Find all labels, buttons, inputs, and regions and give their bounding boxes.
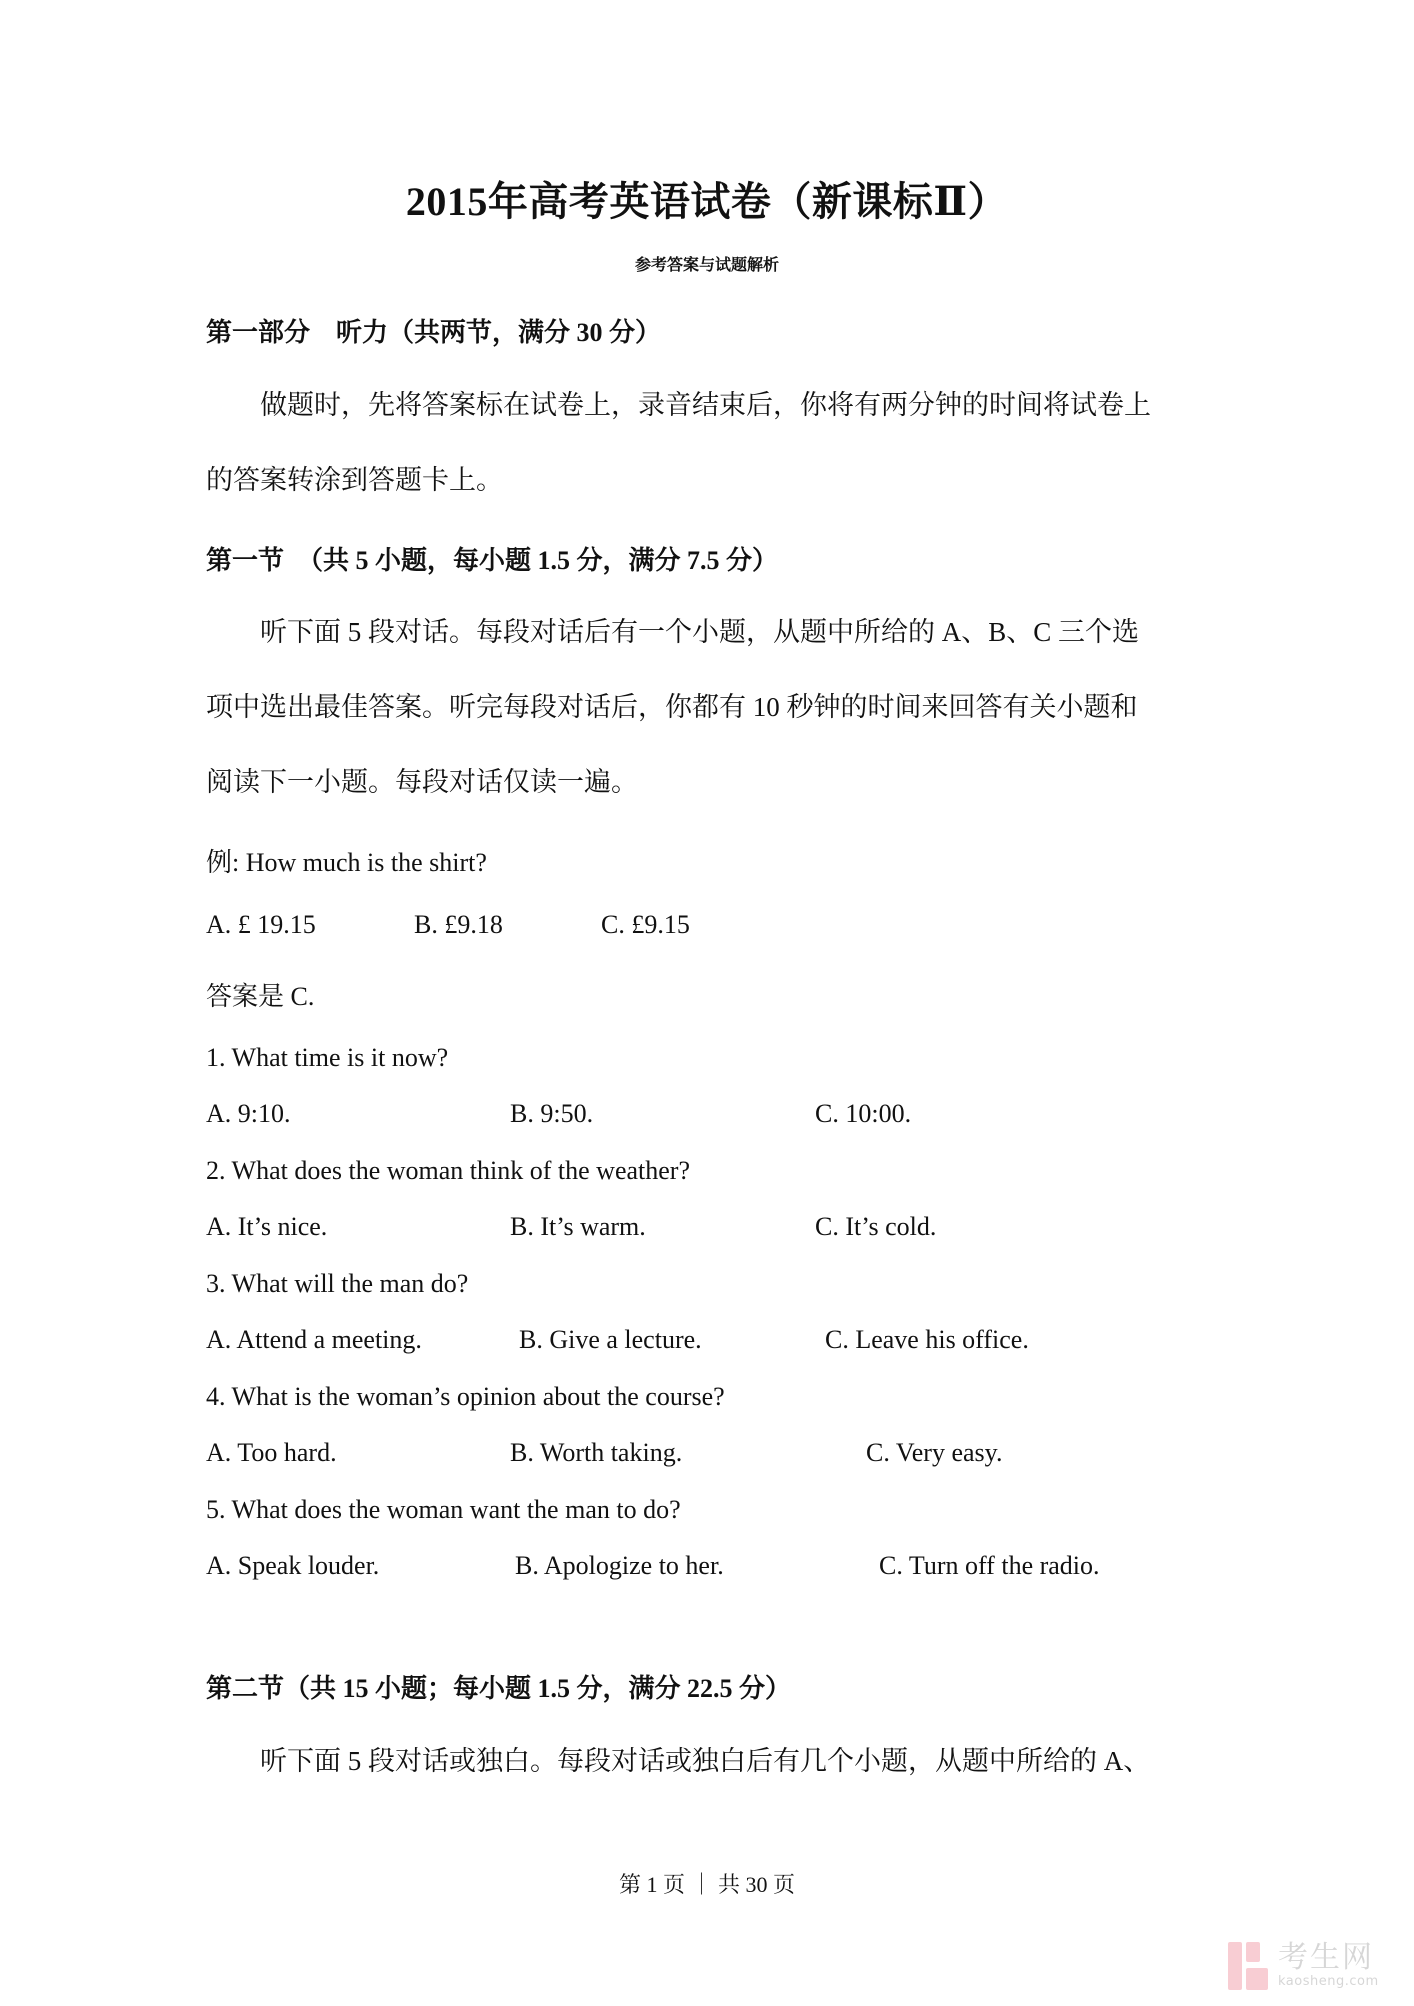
option-b: B. 9:50. xyxy=(510,1099,593,1129)
option-b: B. Give a lecture. xyxy=(519,1325,702,1355)
option-a: A. Speak louder. xyxy=(206,1551,379,1581)
part1-instructions-line1: 做题时，先将答案标在试卷上，录音结束后，你将有两分钟的时间将试卷上 xyxy=(206,368,1151,443)
option-a: A. Too hard. xyxy=(206,1438,337,1468)
example-option-c: C. £9.15 xyxy=(601,910,690,940)
page-number: 第 1 页 ｜ 共 30 页 xyxy=(0,1868,1414,1899)
option-a: A. Attend a meeting. xyxy=(206,1325,422,1355)
section2-instructions-line1: 听下面 5 段对话或独白。每段对话或独白后有几个小题，从题中所给的 A、 xyxy=(206,1724,1150,1799)
example-question: 例: How much is the shirt? xyxy=(206,842,487,879)
document-subtitle: 参考答案与试题解析 xyxy=(0,252,1414,275)
question-text: 5. What does the woman want the man to d… xyxy=(206,1495,681,1525)
kaosheng-logo-icon xyxy=(1228,1942,1268,1990)
part1-heading: 第一部分 听力（共两节，满分 30 分） xyxy=(206,312,661,349)
question-text: 1. What time is it now? xyxy=(206,1043,448,1073)
example-answer: 答案是 C. xyxy=(206,976,314,1013)
option-c: C. It’s cold. xyxy=(815,1212,936,1242)
section2-heading: 第二节（共 15 小题；每小题 1.5 分，满分 22.5 分） xyxy=(206,1668,791,1705)
watermark-name: 考生网 xyxy=(1278,1942,1379,1974)
section1-instructions-line3: 阅读下一小题。每段对话仅读一遍。 xyxy=(206,745,638,820)
question-text: 2. What does the woman think of the weat… xyxy=(206,1156,690,1186)
example-option-a: A. £ 19.15 xyxy=(206,910,316,940)
question-text: 3. What will the man do? xyxy=(206,1269,468,1299)
watermark-domain: kaosheng.com xyxy=(1278,1974,1379,1990)
option-a: A. It’s nice. xyxy=(206,1212,327,1242)
watermark: 考生网 kaosheng.com xyxy=(1228,1938,1404,1994)
section1-heading: 第一节 （共 5 小题，每小题 1.5 分，满分 7.5 分） xyxy=(206,540,778,577)
document-title: 2015年高考英语试卷（新课标Ⅱ） xyxy=(0,170,1414,227)
section1-instructions-line2: 项中选出最佳答案。听完每段对话后，你都有 10 秒钟的时间来回答有关小题和 xyxy=(206,670,1138,745)
section1-instructions-line1: 听下面 5 段对话。每段对话后有一个小题，从题中所给的 A、B、C 三个选 xyxy=(206,595,1139,670)
option-c: C. Very easy. xyxy=(866,1438,1002,1468)
option-b: B. Worth taking. xyxy=(510,1438,682,1468)
option-a: A. 9:10. xyxy=(206,1099,291,1129)
question-text: 4. What is the woman’s opinion about the… xyxy=(206,1382,725,1412)
option-c: C. Leave his office. xyxy=(825,1325,1029,1355)
option-c: C. 10:00. xyxy=(815,1099,911,1129)
option-b: B. Apologize to her. xyxy=(515,1551,724,1581)
option-c: C. Turn off the radio. xyxy=(879,1551,1100,1581)
option-b: B. It’s warm. xyxy=(510,1212,646,1242)
example-option-b: B. £9.18 xyxy=(414,910,503,940)
part1-instructions-line2: 的答案转涂到答题卡上。 xyxy=(206,443,503,518)
